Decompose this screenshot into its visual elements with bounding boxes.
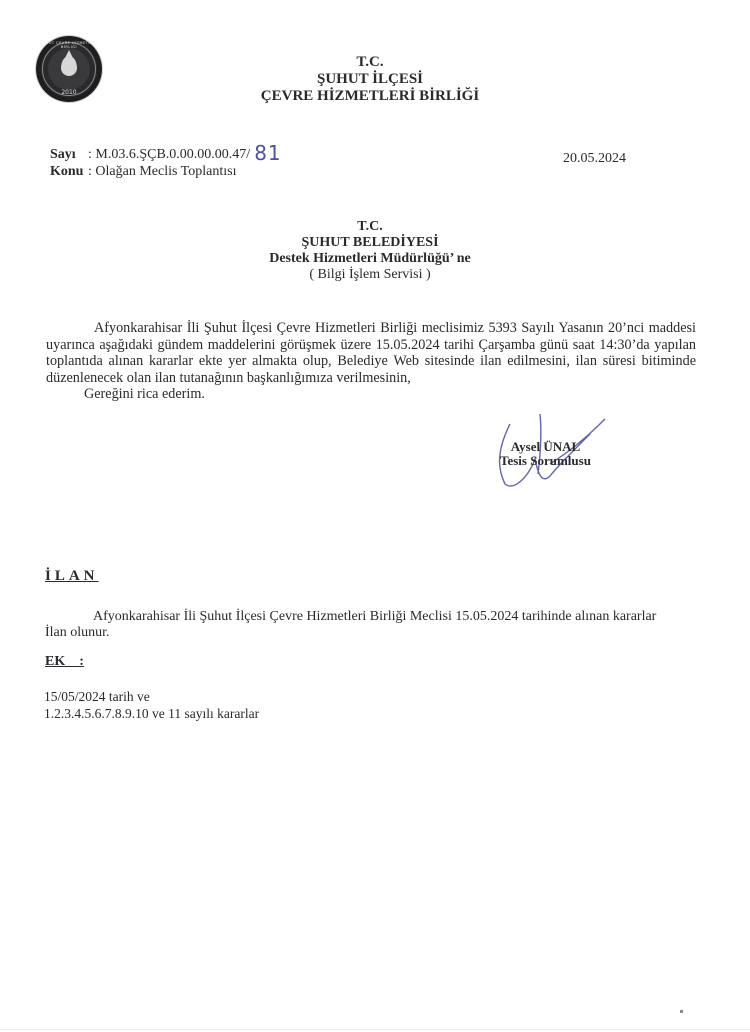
document-page: ŞUHUT ÇEVRE HİZMETLERİ BİRLİĞİ 2010 T.C.… [0, 0, 750, 1032]
recipient-line-department: Destek Hizmetleri Müdürlüğü’ ne [230, 251, 510, 267]
sayi-row: Sayı : M.03.6.ŞÇB.0.00.00.00.47/ 81 [50, 146, 282, 163]
body-closing: Gereğini rica ederim. [46, 386, 696, 403]
sayi-value: : M.03.6.ŞÇB.0.00.00.00.47/ [88, 146, 250, 163]
ek-heading: EK : [45, 654, 84, 670]
seal-year: 2010 [36, 89, 102, 96]
letterhead-title: T.C. ŞUHUT İLÇESİ ÇEVRE HİZMETLERİ BİRLİ… [180, 54, 560, 105]
sayi-label: Sayı [50, 146, 88, 163]
document-meta: Sayı : M.03.6.ŞÇB.0.00.00.00.47/ 81 Konu… [50, 146, 282, 180]
ek-content: 15/05/2024 tarih ve 1.2.3.4.5.6.7.8.9.10… [44, 688, 259, 722]
ilan-text: Afyonkarahisar İli Şuhut İlçesi Çevre Hi… [45, 609, 665, 641]
ilan-text-content: Afyonkarahisar İli Şuhut İlçesi Çevre Hi… [45, 609, 656, 640]
ilan-heading: İLAN [45, 568, 99, 585]
organization-seal-logo: ŞUHUT ÇEVRE HİZMETLERİ BİRLİĞİ 2010 [36, 36, 102, 102]
recipient-block: T.C. ŞUHUT BELEDİYESİ Destek Hizmetleri … [230, 219, 510, 283]
recipient-line-service: ( Bilgi İşlem Servisi ) [230, 267, 510, 283]
water-drop-icon [61, 56, 77, 76]
seal-ring-text: ŞUHUT ÇEVRE HİZMETLERİ BİRLİĞİ [36, 41, 102, 49]
letter-body: Afyonkarahisar İli Şuhut İlçesi Çevre Hi… [46, 320, 696, 403]
konu-value: : Olağan Meclis Toplantısı [88, 163, 236, 180]
konu-row: Konu : Olağan Meclis Toplantısı [50, 163, 282, 180]
konu-label: Konu [50, 163, 88, 180]
ek-line-1: 15/05/2024 tarih ve [44, 688, 259, 705]
sayi-handwritten-number: 81 [254, 146, 281, 163]
ek-line-2: 1.2.3.4.5.6.7.8.9.10 ve 11 sayılı kararl… [44, 705, 259, 722]
letterhead-line-district: ŞUHUT İLÇESİ [180, 71, 560, 88]
signer-name: Aysel ÜNAL [500, 440, 591, 454]
recipient-line-municipality: ŞUHUT BELEDİYESİ [230, 235, 510, 251]
signer-title: Tesis Sorumlusu [500, 454, 591, 468]
recipient-line-tc: T.C. [230, 219, 510, 235]
letterhead-line-tc: T.C. [180, 54, 560, 71]
scan-speck [680, 1010, 683, 1013]
signature-block: Aysel ÜNAL Tesis Sorumlusu [500, 440, 591, 468]
page-edge [0, 1029, 750, 1030]
letterhead-line-union: ÇEVRE HİZMETLERİ BİRLİĞİ [180, 88, 560, 105]
document-date: 20.05.2024 [563, 151, 626, 167]
body-paragraph: Afyonkarahisar İli Şuhut İlçesi Çevre Hi… [46, 320, 696, 386]
